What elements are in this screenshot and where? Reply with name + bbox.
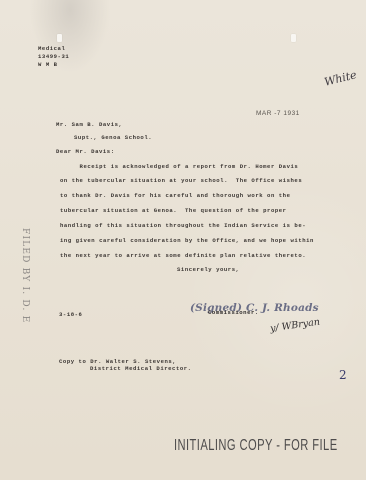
- handwritten-initials: y/ WBryan: [269, 317, 320, 335]
- filed-by-stamp: FILED BY I. D. E: [20, 228, 30, 323]
- addressee-name: Mr. Sam B. Davis,: [56, 122, 122, 128]
- body-line: on the tubercular situation at your scho…: [60, 178, 302, 184]
- letter-page: Medical 13499-31 W M B White MAR -7 1931…: [0, 0, 366, 480]
- body-line: Receipt is acknowledged of a report from…: [60, 164, 298, 170]
- salutation: Dear Mr. Davis:: [56, 149, 115, 155]
- punch-hole-right: [291, 34, 296, 42]
- body-line: the next year to arrive at some definite…: [60, 253, 306, 259]
- initialing-copy-stamp: INITIALING COPY - FOR FILE: [174, 437, 338, 455]
- body-line: tubercular situation at Genoa. The quest…: [60, 208, 287, 214]
- body-line: to thank Dr. Davis for his careful and t…: [60, 193, 291, 199]
- reference-line-2: 13499-31: [38, 54, 69, 60]
- typist-code: 3-18-6: [59, 312, 82, 318]
- date-stamp: MAR -7 1931: [256, 110, 300, 117]
- punch-hole-left: [57, 34, 62, 42]
- handwritten-white: White: [323, 68, 358, 89]
- reference-line-1: Medical: [38, 46, 65, 52]
- signature-title: Commissioner.: [208, 310, 259, 316]
- page-mark: 2: [339, 368, 347, 382]
- body-line: handling of this situation throughout th…: [60, 223, 306, 229]
- closing: Sincerely yours,: [177, 267, 240, 273]
- addressee-title: Supt., Genoa School.: [74, 135, 152, 141]
- reference-line-3: W M B: [38, 62, 58, 68]
- body-line: ing given careful consideration by the O…: [60, 238, 314, 244]
- copy-to-line-2: District Medical Director.: [90, 366, 192, 372]
- copy-to-line-1: Copy to Dr. Walter S. Stevens,: [59, 359, 176, 365]
